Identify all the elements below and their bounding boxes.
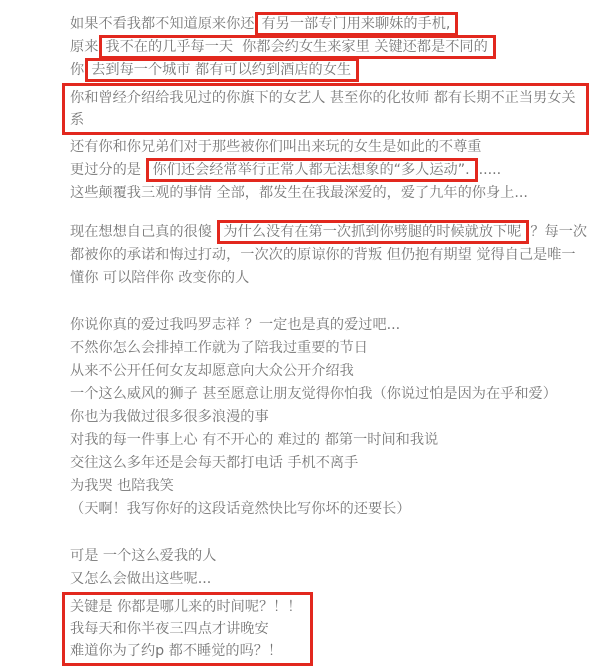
text-line: 还有你和你兄弟们对于那些被你们叫出来玩的女生是如此的不尊重 bbox=[70, 136, 589, 159]
text-line: 从来不公开任何女友却愿意向大众公开介绍我 bbox=[70, 360, 589, 383]
text-line: 为我哭 也陪我笑 bbox=[70, 475, 589, 498]
text-line: 交往这么多年还是会每天都打电话 手机不离手 bbox=[70, 452, 589, 475]
text-line: 可是 一个这么爱我的人 bbox=[70, 545, 589, 568]
text-line: 原来我不在的几乎每一天 你都会约女生来家里 关键还都是不同的 bbox=[70, 36, 589, 59]
text-line: 对我的每一件事上心 有不开心的 难过的 都第一时间和我说 bbox=[70, 429, 589, 452]
text-line: 不然你怎么会排掉工作就为了陪我过重要的节日 bbox=[70, 337, 589, 360]
text-line: 现在想想自己真的很傻 为什么没有在第一次抓到你劈腿的时候就放下呢？每一次 bbox=[70, 221, 589, 244]
text-line: 都被你的承诺和悔过打动，一次次的原谅你的背叛 但仍抱有期望 觉得自己是唯一 bbox=[70, 244, 589, 267]
red-highlight-box: 有另一部专门用来聊妹的手机, bbox=[255, 12, 458, 36]
text-segment: 现在想想自己真的很傻 bbox=[70, 224, 216, 240]
text-segment: ？每一次 bbox=[530, 224, 587, 240]
text-segment: 原来 bbox=[70, 39, 98, 55]
text-line: 你去到每一个城市 都有可以约到酒店的女生 bbox=[70, 59, 589, 82]
paragraph-regret: 现在想想自己真的很傻 为什么没有在第一次抓到你劈腿的时候就放下呢？每一次 都被你… bbox=[70, 221, 589, 290]
text-line: 难道你为了约p 都不睡觉的吗？！ bbox=[70, 640, 302, 662]
text-line: 如果不看我都不知道原来你还有另一部专门用来聊妹的手机, bbox=[70, 13, 589, 36]
text-line: 你和曾经介绍给我见过的你旗下的女艺人 甚至你的化妆师 都有长期不正当男女关 bbox=[70, 87, 582, 109]
paragraph-good-memories: 你说你真的爱过我吗罗志祥 ？一定也是真的爱过吧... 不然你怎么会排掉工作就为了… bbox=[70, 314, 589, 521]
screenshot-root: { "page": { "background_color": "#ffffff… bbox=[0, 0, 594, 669]
text-line: 你说你真的爱过我吗罗志祥 ？一定也是真的爱过吧... bbox=[70, 314, 589, 337]
text-segment: 你 bbox=[70, 62, 84, 78]
paragraph-accusations: 如果不看我都不知道原来你还有另一部专门用来聊妹的手机, 原来我不在的几乎每一天 … bbox=[70, 13, 589, 205]
text-segment: 如果不看我都不知道原来你还 bbox=[70, 16, 254, 32]
red-highlight-box: 去到每一个城市 都有可以约到酒店的女生 bbox=[85, 58, 359, 82]
text-line: 我每天和你半夜三四点才讲晚安 bbox=[70, 618, 302, 640]
text-line: 系 bbox=[70, 109, 582, 131]
text-line: 更过分的是 你们还会经常举行正常人都无法想象的“多人运动”...... bbox=[70, 159, 589, 182]
text-line: 一个这么威风的狮子 甚至愿意让朋友觉得你怕我（你说过怕是因为在乎和爱） bbox=[70, 383, 589, 406]
post-text-document: 如果不看我都不知道原来你还有另一部专门用来聊妹的手机, 原来我不在的几乎每一天 … bbox=[0, 0, 594, 666]
text-line: 懂你 可以陪伴你 改变你的人 bbox=[70, 267, 589, 290]
text-segment: ..... bbox=[479, 162, 502, 178]
text-line: 这些颠覆我三观的事情 全部，都发生在我最深爱的，爱了九年的你身上... bbox=[70, 182, 589, 205]
red-highlight-box: 我不在的几乎每一天 你都会约女生来家里 关键还都是不同的 bbox=[99, 35, 495, 59]
text-line: 你也为我做过很多很多浪漫的事 bbox=[70, 406, 589, 429]
red-highlight-block: 关键是 你都是哪儿来的时间呢？！！ 我每天和你半夜三四点才讲晚安 难道你为了约p… bbox=[62, 592, 313, 666]
red-highlight-box: 你们还会经常举行正常人都无法想象的“多人运动”. bbox=[146, 158, 477, 182]
text-line: 关键是 你都是哪儿来的时间呢？！！ bbox=[70, 596, 302, 618]
red-highlight-block: 你和曾经介绍给我见过的你旗下的女艺人 甚至你的化妆师 都有长期不正当男女关 系 bbox=[62, 83, 589, 135]
text-segment: 更过分的是 bbox=[70, 162, 145, 178]
text-line: （天啊！我写你好的这段话竟然快比写你坏的还要长） bbox=[70, 498, 589, 521]
text-line: 又怎么会做出这些呢... bbox=[70, 568, 589, 591]
paragraph-question: 可是 一个这么爱我的人 又怎么会做出这些呢... 关键是 你都是哪儿来的时间呢？… bbox=[70, 545, 589, 666]
red-highlight-box: 为什么没有在第一次抓到你劈腿的时候就放下呢 bbox=[217, 220, 529, 244]
